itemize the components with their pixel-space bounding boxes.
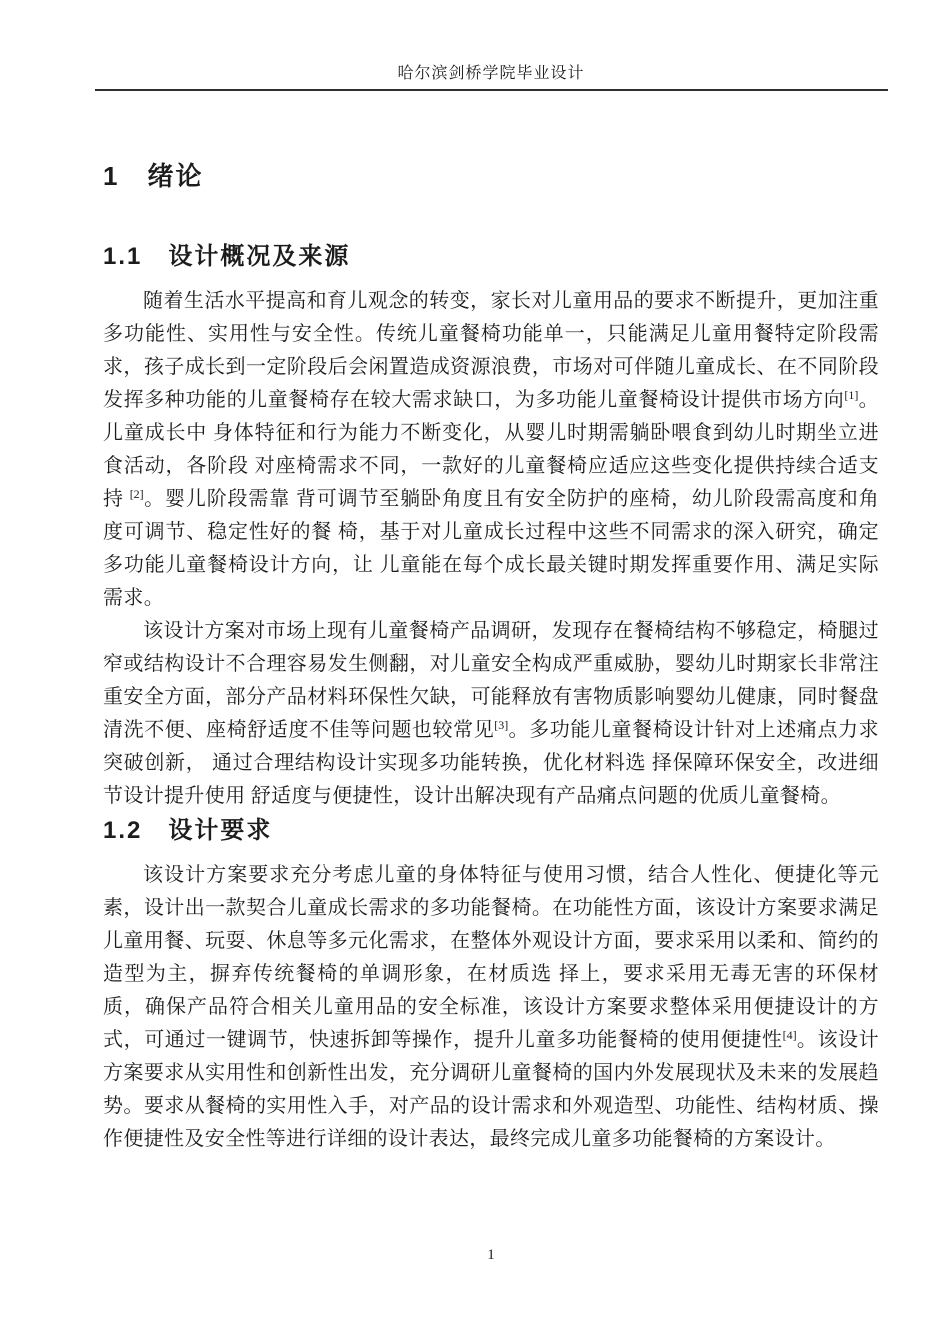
paragraph-1-1-a: 随着生活水平提高和育儿观念的转变，家长对儿童用品的要求不断提升，更加注重多功能性… (103, 285, 879, 615)
paragraph-1-2-a: 该设计方案要求充分考虑儿童的身体特征与使用习惯，结合人性化、便捷化等元素，设计出… (103, 859, 879, 1156)
section-heading-1-2: 1.2 设计要求 (103, 818, 879, 844)
paragraph-1-1-b: 该设计方案对市场上现有儿童餐椅产品调研，发现存在餐椅结构不够稳定，椅腿过窄或结构… (103, 615, 879, 813)
page-number: 1 (103, 1246, 879, 1264)
running-head: 哈尔滨剑桥学院毕业设计 (103, 64, 879, 84)
chapter-heading: 1 绪论 (103, 162, 879, 190)
header-rule (95, 89, 888, 91)
section-heading-1-1: 1.1 设计概况及来源 (103, 244, 879, 270)
document-page: 哈尔滨剑桥学院毕业设计 1 绪论 1.1 设计概况及来源 随着生活水平提高和育儿… (0, 0, 950, 1344)
page-content: 1 绪论 1.1 设计概况及来源 随着生活水平提高和育儿观念的转变，家长对儿童用… (103, 162, 879, 1156)
